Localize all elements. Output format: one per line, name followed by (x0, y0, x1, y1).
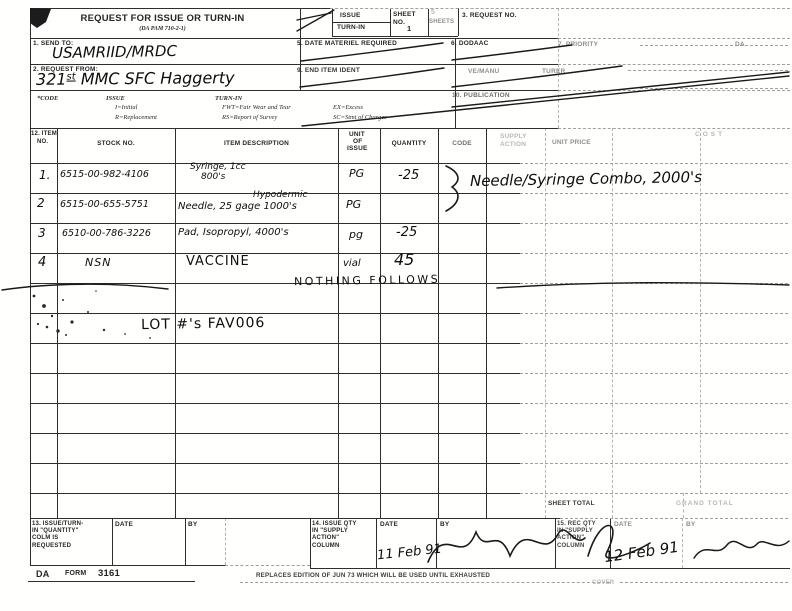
request-from-field: 321st MMC SFC Haggerty (36, 70, 235, 88)
grid-line (30, 253, 520, 254)
block15-line4: COLUMN (557, 543, 596, 550)
unit-of-issue-cell: vial (343, 259, 361, 269)
lot-number-note: LOT #'s FAV006 (141, 316, 266, 332)
block13-label: 13. ISSUE/TURN- IN "QUANTITY" COLM IS RE… (32, 521, 83, 550)
item-no-header: 12. ITEM (31, 131, 57, 138)
block15-line3: ACTION" (557, 535, 596, 542)
request-from-number: 321 (36, 70, 67, 89)
grid-line (682, 518, 683, 568)
grid-line (628, 70, 788, 71)
block13-by-label: BY (188, 521, 197, 529)
grid-line (520, 373, 788, 374)
no-of-sheets-value: 5 (431, 9, 435, 17)
item-description-cell: VACCINE (186, 255, 250, 268)
grid-line (30, 493, 520, 494)
handwritten-marks-overlay (0, 0, 792, 611)
scanned-da-form-3161: REQUEST FOR ISSUE OR TURN-IN (DA PAM 710… (0, 0, 792, 611)
row-brace-mark (446, 166, 458, 211)
issue-checkbox-label: ISSUE (340, 12, 361, 20)
publication-label: 10. PUBLICATION (452, 92, 510, 100)
block15-line2: IN "SUPPLY (557, 528, 596, 535)
grid-line (330, 8, 790, 9)
unit-of-issue-cell: pg (349, 229, 363, 240)
charges-code: SC=Stmt of Charges (333, 114, 387, 121)
grid-line (30, 8, 31, 565)
item-description-cell: Pad, Isopropyl, 4000's (178, 228, 289, 238)
footer-cover-fragment: COVER (592, 580, 614, 587)
turnin-checkbox-label: TURN-IN (337, 24, 365, 32)
request-from-superscript: st (66, 72, 75, 83)
manufacturer-label-fragment-2: TURER (542, 68, 565, 76)
end-item-ident-label: 9. END ITEM IDENT (297, 67, 360, 75)
turnin-code-rs: RS=Report of Survey (222, 114, 277, 121)
quantity-header: QUANTITY (380, 140, 438, 148)
grand-total-label: GRAND TOTAL (676, 500, 734, 508)
quantity-cell: -25 (398, 169, 419, 182)
grid-line (225, 518, 226, 565)
grid-line (30, 223, 520, 224)
grid-line (240, 582, 610, 583)
sheet-total-label: SHEET TOTAL (548, 500, 595, 508)
stock-no-cell: NSN (85, 257, 111, 268)
item-description-cell-2: 800's (201, 173, 225, 182)
grid-line (30, 8, 330, 9)
footer-replaces-text: REPLACES EDITION OF JUN 73 WHICH WILL BE… (256, 572, 490, 579)
grid-line (620, 582, 788, 583)
item-no-cell: 1. (39, 169, 50, 181)
grid-line (520, 463, 788, 464)
item-description-cell: Syringe, 1cc (190, 163, 246, 172)
code-header: CODE (438, 140, 486, 148)
item-no-cell: 3 (38, 227, 46, 239)
unit-of-issue-cell: PG (346, 199, 361, 210)
nothing-follows-note: NOTHING FOLLOWS (294, 274, 440, 288)
combo-annotation: Needle/Syringe Combo, 2000's (470, 170, 702, 189)
quantity-cell: -25 (396, 226, 417, 239)
grid-line (558, 64, 790, 65)
item-description-cell: Hypodermic (253, 191, 307, 200)
footer-da: DA (36, 569, 49, 580)
grid-line (520, 403, 788, 404)
grid-line (438, 128, 439, 518)
grid-line (520, 223, 788, 224)
grid-line (30, 163, 520, 164)
grid-line (520, 313, 788, 314)
turnin-code-fwt: FWT=Fair Wear and Tear (222, 104, 291, 111)
form-title: REQUEST FOR ISSUE OR TURN-IN (30, 13, 295, 24)
code-legend-label: *CODE (37, 95, 58, 102)
block14-date-label: DATE (380, 521, 398, 529)
stock-no-cell: 6515-00-982-4106 (60, 170, 149, 180)
item-no-cell: 4 (38, 256, 46, 269)
grid-line (558, 128, 790, 129)
item-description-header: ITEM DESCRIPTION (175, 140, 338, 148)
total-cost-header-fragment: COST (695, 131, 725, 139)
grid-line (30, 463, 520, 464)
priority-label: 7. PRIORITY (558, 41, 598, 49)
issue-code-replacement: R=Replacement (115, 114, 157, 121)
grid-line (30, 343, 520, 344)
footer-form-word: FORM (65, 570, 86, 578)
grid-line (300, 8, 301, 90)
block14-line3: ACTION" (312, 535, 357, 542)
grid-line (30, 90, 558, 91)
sheets-label: SHEETS (429, 19, 454, 26)
issue-code-initial: I=Initial (115, 104, 137, 111)
block14-line4: COLUMN (312, 543, 357, 550)
sheet-no-value: 1 (407, 24, 411, 33)
checkbox-slash-mark (297, 10, 334, 31)
dodaac-label: 6. DODAAC (451, 40, 489, 48)
item-no-cell: 2 (37, 197, 45, 209)
grid-line (185, 518, 186, 565)
item-no-header-2: NO. (37, 139, 48, 146)
grid-line (310, 568, 790, 569)
stock-no-cell: 6515-00-655-5751 (60, 200, 149, 210)
grid-line (30, 373, 520, 374)
issue-legend-heading: ISSUE (106, 95, 125, 102)
grid-line (30, 565, 225, 566)
grid-line (520, 433, 788, 434)
block15-by-label: BY (686, 521, 695, 529)
unit-of-issue-cell: PG (349, 168, 364, 179)
block13-line4: REQUESTED (32, 543, 83, 550)
form-subtitle: (DA PAM 710-2-1) (30, 26, 295, 32)
grid-line (558, 90, 790, 91)
block14-date-value: 11 Feb 91 (376, 543, 442, 563)
supply-action-header: SUPPLY (500, 133, 527, 141)
stock-no-cell: 6510-00-786-3226 (62, 229, 151, 239)
grid-line (30, 403, 520, 404)
nothing-follows-line (2, 284, 168, 290)
block13-date-label: DATE (115, 521, 133, 529)
grid-line (30, 38, 558, 39)
grid-line (332, 36, 458, 37)
block15-label: 15. REC QTY IN "SUPPLY ACTION" COLUMN (557, 521, 596, 550)
signature-block15 (694, 541, 789, 558)
grid-line (57, 128, 58, 518)
date-materiel-required-label: 5. DATE MATERIEL REQUIRED (297, 40, 397, 48)
grid-line (338, 128, 339, 518)
grid-line (455, 38, 456, 128)
grid-line (30, 283, 520, 284)
photocopy-speckles (33, 290, 151, 339)
grid-line (458, 8, 459, 36)
request-from-rest: MMC SFC Haggerty (76, 68, 235, 88)
grid-line (520, 283, 788, 284)
grid-line (560, 518, 788, 519)
block14-line2: IN "SUPPLY (312, 528, 357, 535)
footer-form-number: 3161 (98, 568, 120, 579)
grid-line (28, 581, 195, 582)
manufacturer-label-fragment: VE/MANU (468, 68, 499, 76)
checkbox-slash-mark (297, 13, 331, 20)
unit-of-issue-header-3: ISSUE (347, 145, 368, 153)
turnin-legend-heading: TURN-IN (215, 95, 242, 102)
grid-line (225, 565, 310, 566)
block15-line1: 15. REC QTY (557, 521, 596, 528)
block15-date-label: DATE (614, 521, 632, 529)
grid-line (555, 518, 556, 568)
send-to-field: USAMRIID/MRDC (52, 44, 177, 61)
supply-action-header-2: ACTION (500, 141, 526, 149)
grid-line (380, 128, 381, 518)
grid-line (30, 128, 558, 129)
grid-line (30, 313, 520, 314)
block13-line1: 13. ISSUE/TURN- (32, 521, 83, 528)
grid-line (30, 518, 560, 519)
grid-line (310, 518, 311, 568)
grid-line (30, 64, 558, 65)
grid-line (640, 88, 788, 89)
unit-price-header: UNIT PRICE (552, 139, 591, 147)
grid-line (520, 163, 788, 164)
grid-line (558, 38, 790, 39)
grid-line (30, 433, 520, 434)
grid-line (520, 493, 788, 494)
grid-line (520, 193, 788, 194)
grid-line (520, 343, 788, 344)
grid-line (112, 518, 113, 565)
grid-line (520, 253, 788, 254)
grid-line (640, 45, 788, 46)
stock-no-header: STOCK NO. (57, 140, 175, 148)
block14-by-label: BY (440, 521, 449, 529)
excess-code: EX=Excess (333, 104, 363, 111)
grid-line (332, 22, 390, 23)
da-fragment: DA (735, 41, 745, 49)
item-description-cell-2: Needle, 25 gage 1000's (178, 202, 297, 212)
block14-line1: 14. ISSUE QTY (312, 521, 357, 528)
block14-label: 14. ISSUE QTY IN "SUPPLY ACTION" COLUMN (312, 521, 357, 550)
quantity-cell: 45 (394, 252, 414, 268)
block13-line2: IN "QUANTITY" (32, 528, 83, 535)
block13-line3: COLM IS (32, 535, 83, 542)
block15-date-value: 12 Feb 91 (603, 540, 679, 565)
grid-line (390, 9, 391, 36)
request-no-label: 3. REQUEST NO. (462, 12, 517, 20)
